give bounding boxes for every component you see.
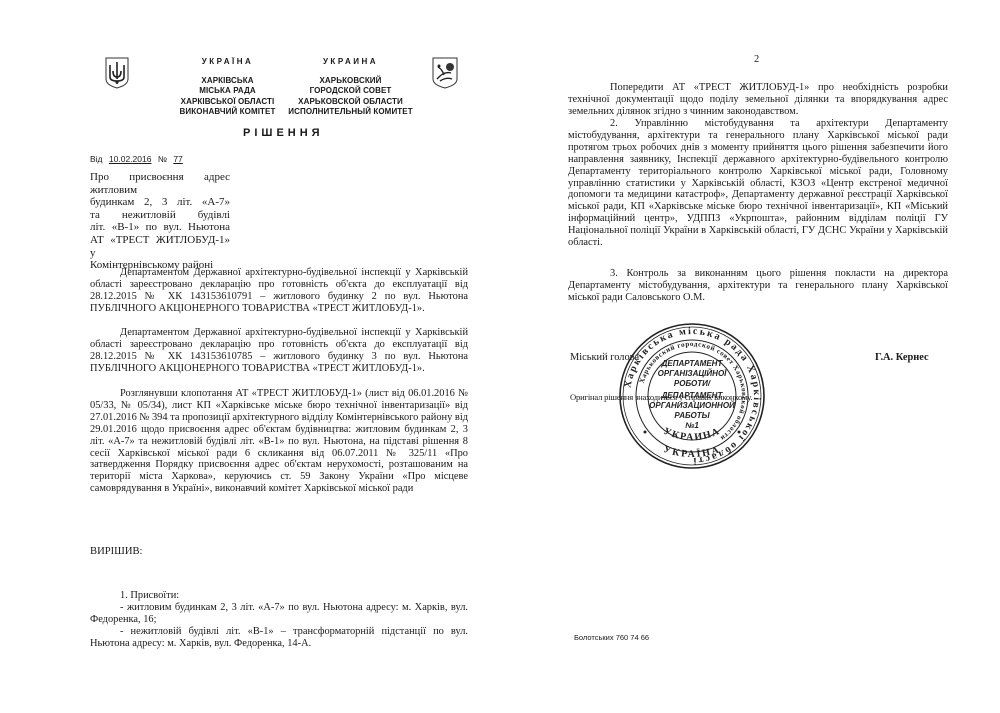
decision-subject: Про присвоєння адрес житловим будинкам 2… <box>90 171 230 272</box>
seal-center-line: ОРГАНИЗАЦИОННОЙ <box>649 401 735 410</box>
document-title: РІШЕННЯ <box>243 127 324 139</box>
ukraine-trident-icon <box>105 57 129 89</box>
subject-line: будинкам 2, 3 літ. «А-7» <box>90 196 230 209</box>
header-right: УКРАИНА ХАРЬКОВСКИЙ ГОРОДСКОЙ СОВЕТ ХАРЬ… <box>283 57 418 118</box>
paragraph-warning: Попередити АТ «ТРЕСТ ЖИТЛОБУД-1» про нео… <box>568 82 948 118</box>
seal-center-line: №1 <box>685 421 699 430</box>
subject-line: АТ «ТРЕСТ ЖИТЛОБУД-1» у <box>90 234 230 259</box>
official-seal: Харківська міська рада Харківської облас… <box>617 322 767 470</box>
header-left-line: ХАРКІВСЬКОЇ ОБЛАСТІ <box>170 97 285 108</box>
kharkiv-coat-of-arms-icon <box>432 57 458 89</box>
decision-number: 77 <box>173 154 182 164</box>
header-left-line: ВИКОНАВЧИЙ КОМІТЕТ <box>170 107 285 118</box>
date-prefix: Від <box>90 154 103 164</box>
seal-center-line: РОБОТИ/ <box>674 379 711 388</box>
item-1-bullet-residential: - житловим будинкам 2, 3 літ. «А-7» по в… <box>90 602 468 626</box>
decision-date: 10.02.2016 <box>109 154 152 164</box>
header-right-country: УКРАИНА <box>283 57 418 68</box>
header-left-country: УКРАЇНА <box>170 57 285 68</box>
document-page-2: 2 Попередити АТ «ТРЕСТ ЖИТЛОБУД-1» про н… <box>520 0 1000 713</box>
header-left-line: МІСЬКА РАДА <box>170 86 285 97</box>
paragraph-considering: Розглянувши клопотання АТ «ТРЕСТ ЖИТЛОБУ… <box>90 388 468 495</box>
paragraph-declaration-1: Департаментом Державної архітектурно-буд… <box>90 267 468 315</box>
executor-contact: Болотських 760 74 66 <box>574 633 649 642</box>
paragraph-declaration-2: Департаментом Державної архітектурно-буд… <box>90 327 468 375</box>
document-page-1: УКРАЇНА ХАРКІВСЬКА МІСЬКА РАДА ХАРКІВСЬК… <box>0 0 520 713</box>
page-number: 2 <box>754 54 759 66</box>
header-right-line: ХАРЬКОВСКИЙ <box>283 76 418 87</box>
header-right-line: ХАРЬКОВСКОЙ ОБЛАСТИ <box>283 97 418 108</box>
seal-center-line: РАБОТЫ <box>674 411 710 420</box>
resolved-heading: ВИРІШИВ: <box>90 546 142 557</box>
seal-center-line: ДЕПАРТАМЕНТ <box>661 391 724 400</box>
date-number-line: Від 10.02.2016 № 77 <box>90 154 187 164</box>
header-right-line: ИСПОЛНИТЕЛЬНЫЙ КОМИТЕТ <box>283 107 418 118</box>
number-prefix: № <box>158 154 167 164</box>
header-left: УКРАЇНА ХАРКІВСЬКА МІСЬКА РАДА ХАРКІВСЬК… <box>170 57 285 118</box>
subject-line: та нежитловій будівлі <box>90 209 230 222</box>
paragraph-item-3: 3. Контроль за виконанням цього рішення … <box>568 268 948 304</box>
subject-line: Про присвоєння адрес житловим <box>90 171 230 196</box>
header-left-line: ХАРКІВСЬКА <box>170 76 285 87</box>
seal-center-line: ОРГАНІЗАЦІЙНОЇ <box>658 369 729 378</box>
seal-center-line: ДЕПАРТАМЕНТ <box>661 359 724 368</box>
header-right-line: ГОРОДСКОЙ СОВЕТ <box>283 86 418 97</box>
signature-name: Г.А. Кернес <box>875 352 929 364</box>
item-1-bullet-nonresidential: - нежитловій будівлі літ. «В-1» – трансф… <box>90 626 468 650</box>
paragraph-item-2: 2. Управлінню містобудування та архітект… <box>568 118 948 249</box>
subject-line: літ. «В-1» по вул. Ньютона <box>90 221 230 234</box>
item-1-heading: 1. Присвоїти: <box>120 590 179 602</box>
